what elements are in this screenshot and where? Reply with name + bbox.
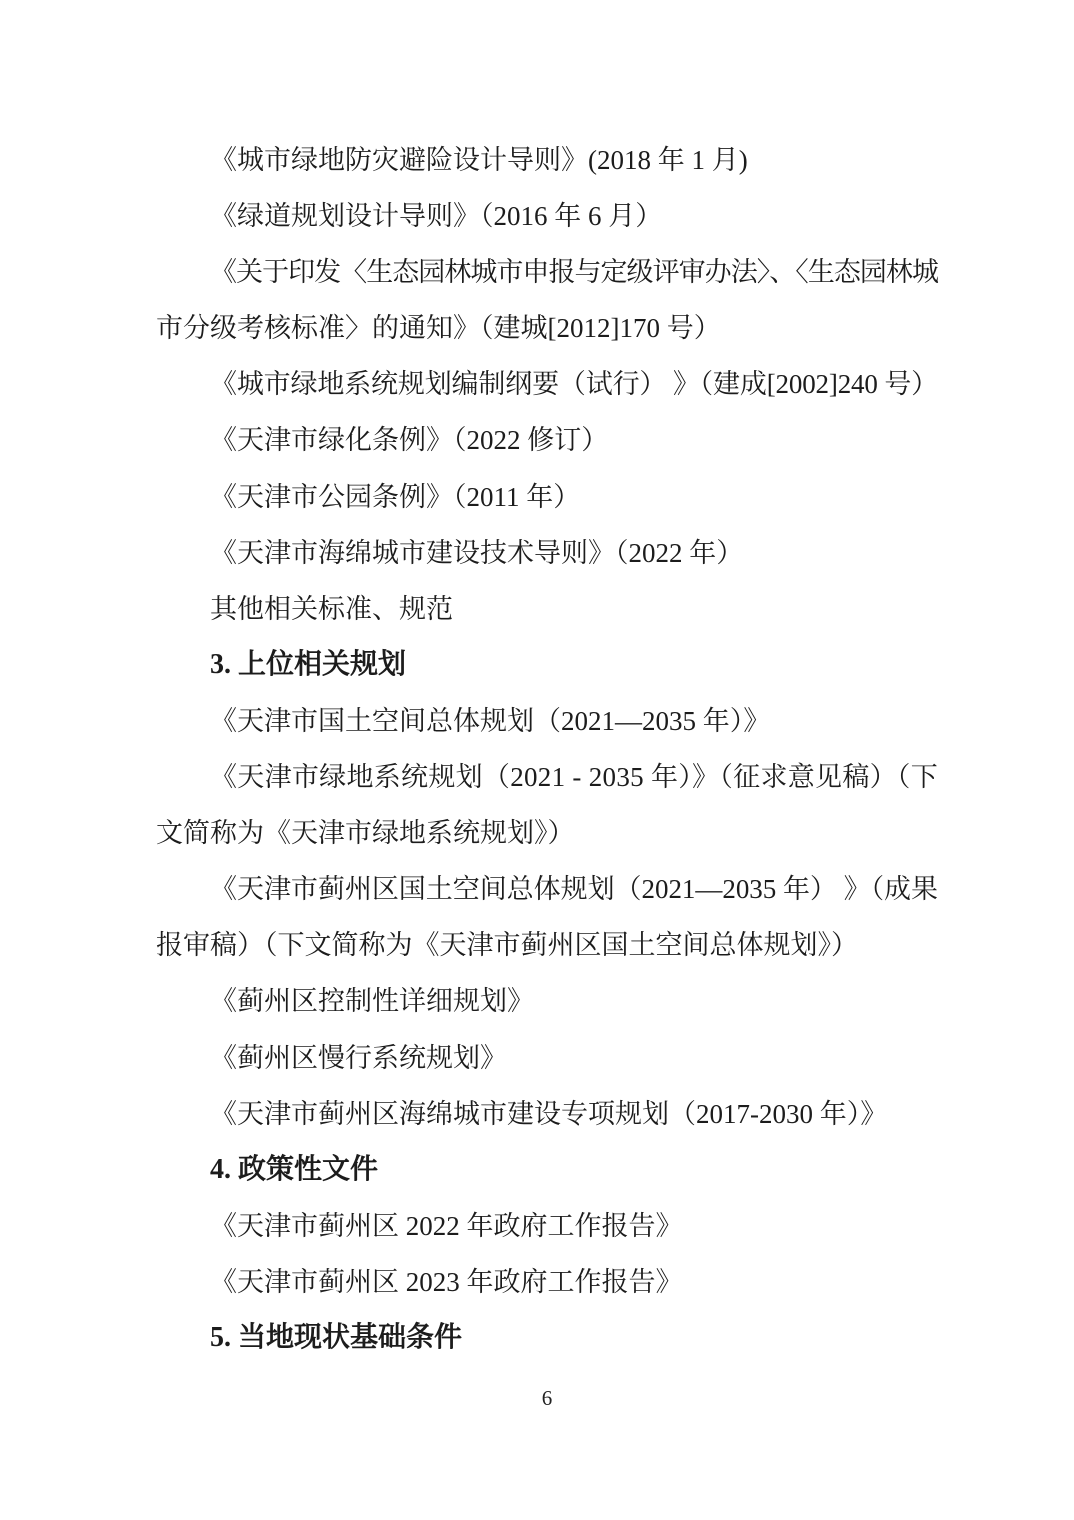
line-text: 《城市绿地系统规划编制纲要（试行） 》（建成[2002]240 号）	[210, 369, 938, 399]
line-text: 《天津市蓟州区 2022 年政府工作报告》	[210, 1211, 683, 1241]
body-text-line: 《天津市国土空间总体规划（2021—2035 年）》	[156, 693, 938, 749]
body-text-line: 文简称为《天津市绿地系统规划》）	[156, 805, 938, 861]
body-text-line: 报审稿）（下文简称为《天津市蓟州区国土空间总体规划》）	[156, 917, 938, 973]
body-text-line: 《关于印发〈生态园林城市申报与定级评审办法〉、〈生态园林城	[156, 244, 938, 300]
body-text-line: 《绿道规划设计导则》（2016 年 6 月）	[156, 188, 938, 244]
body-text-line: 《天津市蓟州区国土空间总体规划（2021—2035 年） 》（成果	[156, 861, 938, 917]
line-text: 5. 当地现状基础条件	[210, 1322, 462, 1353]
body-text-line: 《天津市绿地系统规划（2021 - 2035 年）》（征求意见稿）（下	[156, 749, 938, 805]
body-text-line: 《天津市蓟州区 2022 年政府工作报告》	[156, 1198, 938, 1254]
body-text-line: 《天津市蓟州区 2023 年政府工作报告》	[156, 1254, 938, 1310]
line-text: 《天津市绿化条例》（2022 修订）	[210, 425, 608, 455]
body-text-line: 《天津市公园条例》（2011 年）	[156, 469, 938, 525]
line-text: 《天津市绿地系统规划（2021 - 2035 年）》（征求意见稿）（下	[210, 762, 938, 792]
body-text-line: 市分级考核标准〉的通知》（建城[2012]170 号）	[156, 300, 938, 356]
line-text: 《天津市蓟州区海绵城市建设专项规划（2017-2030 年）》	[210, 1099, 887, 1129]
page-number: 6	[156, 1386, 938, 1410]
body-text-line: 《蓟州区控制性详细规划》	[156, 973, 938, 1029]
section-heading-line: 3. 上位相关规划	[156, 637, 938, 693]
line-text: 市分级考核标准〉的通知》（建城[2012]170 号）	[156, 313, 721, 343]
line-text: 4. 政策性文件	[210, 1154, 378, 1185]
body-text-line: 《天津市绿化条例》（2022 修订）	[156, 412, 938, 468]
section-heading-line: 4. 政策性文件	[156, 1142, 938, 1198]
line-text: 报审稿）（下文简称为《天津市蓟州区国土空间总体规划》）	[156, 930, 858, 960]
line-text: 《天津市公园条例》（2011 年）	[210, 482, 580, 512]
body-text-line: 《天津市蓟州区海绵城市建设专项规划（2017-2030 年）》	[156, 1086, 938, 1142]
document-body: 《城市绿地防灾避险设计导则》(2018 年 1 月)《绿道规划设计导则》（201…	[156, 132, 938, 1366]
body-text-line: 其他相关标准、规范	[156, 581, 938, 637]
section-heading-line: 5. 当地现状基础条件	[156, 1310, 938, 1366]
line-text: 《蓟州区控制性详细规划》	[210, 986, 534, 1016]
line-text: 《天津市国土空间总体规划（2021—2035 年）》	[210, 706, 770, 736]
line-text: 3. 上位相关规划	[210, 649, 406, 680]
line-text: 《天津市蓟州区国土空间总体规划（2021—2035 年） 》（成果	[210, 874, 938, 904]
line-text: 《绿道规划设计导则》（2016 年 6 月）	[210, 201, 662, 231]
body-text-line: 《城市绿地防灾避险设计导则》(2018 年 1 月)	[156, 132, 938, 188]
line-text: 文简称为《天津市绿地系统规划》）	[156, 818, 575, 848]
line-text: 《天津市海绵城市建设技术导则》（2022 年）	[210, 538, 743, 568]
body-text-line: 《城市绿地系统规划编制纲要（试行） 》（建成[2002]240 号）	[156, 356, 938, 412]
body-text-line: 《天津市海绵城市建设技术导则》（2022 年）	[156, 525, 938, 581]
body-text-line: 《蓟州区慢行系统规划》	[156, 1030, 938, 1086]
line-text: 其他相关标准、规范	[210, 594, 453, 624]
line-text: 《天津市蓟州区 2023 年政府工作报告》	[210, 1267, 683, 1297]
line-text: 《蓟州区慢行系统规划》	[210, 1043, 507, 1073]
line-text: 《关于印发〈生态园林城市申报与定级评审办法〉、〈生态园林城	[210, 257, 938, 287]
line-text: 《城市绿地防灾避险设计导则》(2018 年 1 月)	[210, 145, 748, 175]
document-page: 《城市绿地防灾避险设计导则》(2018 年 1 月)《绿道规划设计导则》（201…	[0, 0, 1074, 1520]
